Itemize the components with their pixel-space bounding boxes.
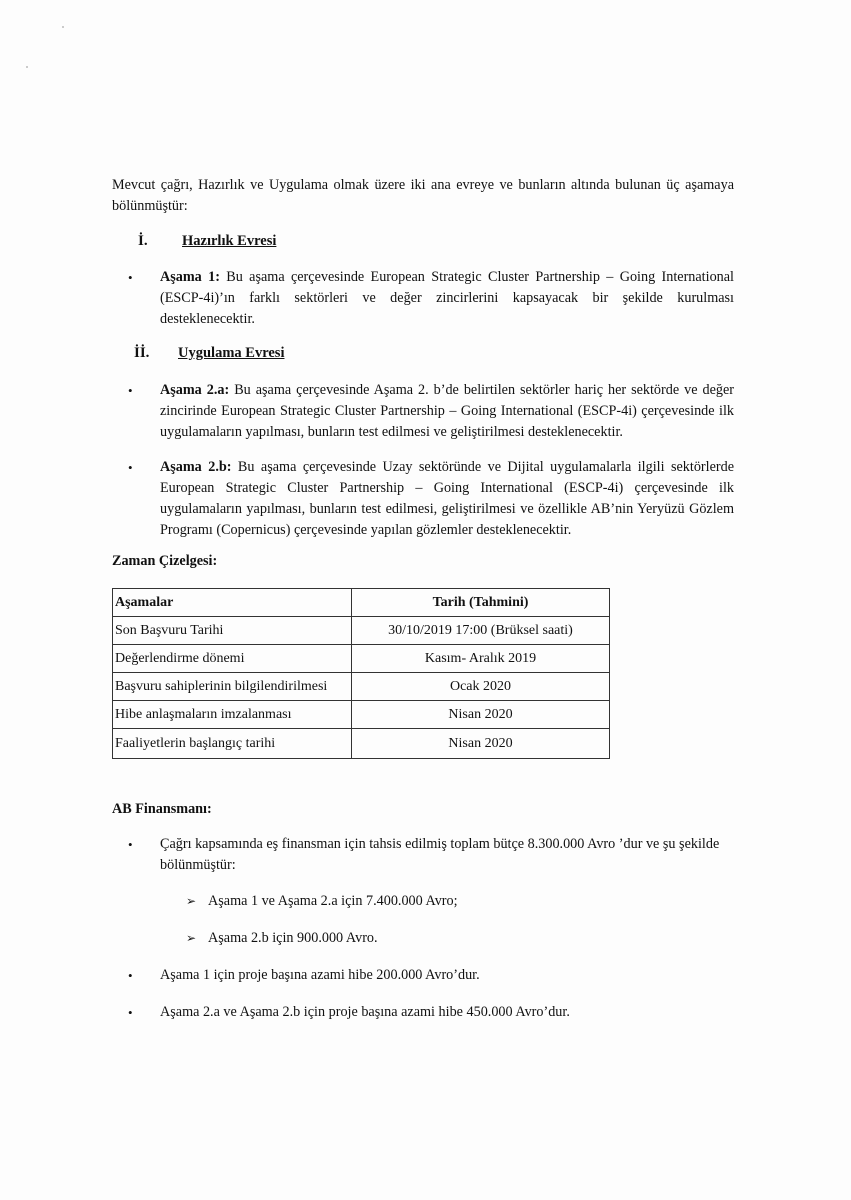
bullet-icon: • [128, 1002, 160, 1023]
stage-label: Aşama 2.a: [160, 382, 229, 398]
breakdown-item-1: ➢ Aşama 1 ve Aşama 2.a için 7.400.000 Av… [186, 891, 458, 912]
stage-cell: Faaliyetlerin başlangıç tarihi [113, 729, 352, 759]
funding-title: AB Finansmanı: [112, 801, 212, 818]
scan-speck [62, 26, 64, 28]
stage-item-2b: • Aşama 2.b: Bu aşama çerçevesinde Uzay … [128, 457, 734, 541]
phase-heading-implementation: İİ. Uygulama Evresi [134, 345, 284, 362]
stage-cell: Değerlendirme dönemi [113, 645, 352, 673]
bullet-icon: • [128, 965, 160, 986]
bullet-icon: • [128, 457, 160, 541]
bullet-icon: • [128, 834, 160, 876]
breakdown-text: Aşama 2.b için 900.000 Avro. [208, 928, 378, 949]
stage-cell: Hibe anlaşmaların imzalanması [113, 701, 352, 729]
date-cell: Nisan 2020 [352, 729, 610, 759]
date-cell: 30/10/2019 17:00 (Brüksel saati) [352, 617, 610, 645]
document-page: Mevcut çağrı, Hazırlık ve Uygulama olmak… [0, 0, 851, 1200]
scan-speck [26, 66, 28, 68]
stage-label: Aşama 1: [160, 269, 220, 285]
table-row: Başvuru sahiplerinin bilgilendirilmesi O… [113, 673, 610, 701]
phase-title: Uygulama Evresi [178, 345, 284, 362]
table-row: Değerlendirme dönemi Kasım- Aralık 2019 [113, 645, 610, 673]
stage-text: Aşama 2.a: Bu aşama çerçevesinde Aşama 2… [160, 380, 734, 443]
stage-cell: Başvuru sahiplerinin bilgilendirilmesi [113, 673, 352, 701]
phase-title: Hazırlık Evresi [182, 233, 276, 250]
stage-cell: Son Başvuru Tarihi [113, 617, 352, 645]
intro-paragraph: Mevcut çağrı, Hazırlık ve Uygulama olmak… [112, 175, 734, 217]
phase-numeral: İ. [138, 233, 182, 250]
budget-item: • Çağrı kapsamında eş finansman için tah… [128, 834, 734, 876]
stage-description: Bu aşama çerçevesinde European Strategic… [160, 269, 734, 327]
max-grant-text: Aşama 2.a ve Aşama 2.b için proje başına… [160, 1002, 734, 1023]
table-row: Hibe anlaşmaların imzalanması Nisan 2020 [113, 701, 610, 729]
max-grant-item-2: • Aşama 2.a ve Aşama 2.b için proje başı… [128, 1002, 734, 1023]
bullet-icon: • [128, 267, 160, 330]
timeline-table: Aşamalar Tarih (Tahmini) Son Başvuru Tar… [112, 588, 610, 759]
table-row: Son Başvuru Tarihi 30/10/2019 17:00 (Brü… [113, 617, 610, 645]
table-row: Faaliyetlerin başlangıç tarihi Nisan 202… [113, 729, 610, 759]
stage-description: Bu aşama çerçevesinde Uzay sektöründe ve… [160, 459, 734, 538]
stage-description: Bu aşama çerçevesinde Aşama 2. b’de beli… [160, 382, 734, 440]
stage-item-2a: • Aşama 2.a: Bu aşama çerçevesinde Aşama… [128, 380, 734, 443]
date-cell: Ocak 2020 [352, 673, 610, 701]
breakdown-text: Aşama 1 ve Aşama 2.a için 7.400.000 Avro… [208, 891, 458, 912]
arrow-bullet-icon: ➢ [186, 891, 208, 912]
bullet-icon: • [128, 380, 160, 443]
table-header-row: Aşamalar Tarih (Tahmini) [113, 589, 610, 617]
phase-numeral: İİ. [134, 345, 178, 362]
timeline-title: Zaman Çizelgesi: [112, 553, 217, 570]
stage-text: Aşama 1: Bu aşama çerçevesinde European … [160, 267, 734, 330]
max-grant-item-1: • Aşama 1 için proje başına azami hibe 2… [128, 965, 734, 986]
column-header-stages: Aşamalar [113, 589, 352, 617]
phase-heading-preparation: İ. Hazırlık Evresi [138, 233, 276, 250]
date-cell: Nisan 2020 [352, 701, 610, 729]
breakdown-item-2: ➢ Aşama 2.b için 900.000 Avro. [186, 928, 378, 949]
date-cell: Kasım- Aralık 2019 [352, 645, 610, 673]
stage-item-1: • Aşama 1: Bu aşama çerçevesinde Europea… [128, 267, 734, 330]
max-grant-text: Aşama 1 için proje başına azami hibe 200… [160, 965, 734, 986]
stage-text: Aşama 2.b: Bu aşama çerçevesinde Uzay se… [160, 457, 734, 541]
stage-label: Aşama 2.b: [160, 459, 231, 475]
arrow-bullet-icon: ➢ [186, 928, 208, 949]
column-header-date: Tarih (Tahmini) [352, 589, 610, 617]
budget-text: Çağrı kapsamında eş finansman için tahsi… [160, 834, 734, 876]
